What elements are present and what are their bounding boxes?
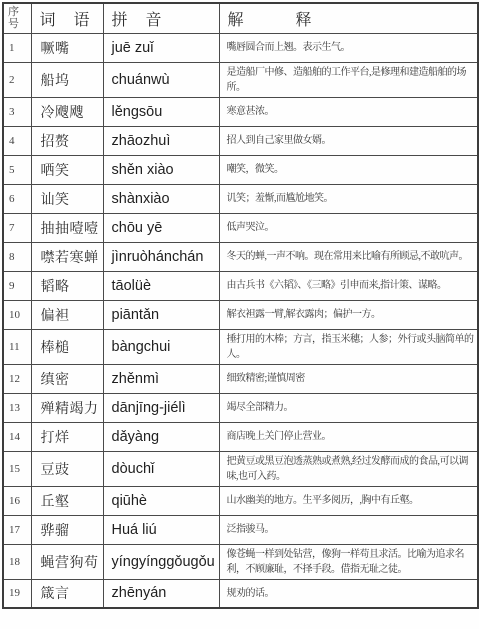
pinyin-cell: shěn xiào (103, 155, 219, 184)
word-cell: 船坞 (31, 62, 103, 97)
row-number-cell: 9 (3, 271, 31, 300)
row-number-cell: 15 (3, 451, 31, 486)
pinyin-cell: tāolüè (103, 271, 219, 300)
word-cell: 缜密 (31, 364, 103, 393)
row-number-cell: 17 (3, 515, 31, 544)
explanation-cell: 讥笑；羞惭,而尴尬地笑。 (219, 184, 478, 213)
pinyin-cell: yíngyínggǒugǒu (103, 544, 219, 579)
table-row: 1 噘嘴 juē zuǐ 嘴唇圆合而上翘。表示生气。 (3, 33, 478, 62)
pinyin-cell: lěngsōu (103, 97, 219, 126)
pinyin-cell: zhěnmì (103, 364, 219, 393)
explanation-cell: 细致精密;谨慎周密 (219, 364, 478, 393)
table-row: 17 骅骝 Huá liú 泛指骏马。 (3, 515, 478, 544)
word-cell: 偏袒 (31, 300, 103, 329)
table-row: 9 韬略 tāolüè 由古兵书《六韬》、《三略》引申而来,指计策、谋略。 (3, 271, 478, 300)
word-cell: 冷飕飕 (31, 97, 103, 126)
explanation-cell: 山水幽美的地方。生平多阅历，,胸中有丘壑。 (219, 486, 478, 515)
explanation-cell: 泛指骏马。 (219, 515, 478, 544)
row-number-cell: 19 (3, 579, 31, 608)
row-number-cell: 7 (3, 213, 31, 242)
table-row: 3 冷飕飕 lěngsōu 寒意甚浓。 (3, 97, 478, 126)
explanation-cell: 寒意甚浓。 (219, 97, 478, 126)
row-number-cell: 5 (3, 155, 31, 184)
table-row: 14 打烊 dǎyàng 商店晚上关门停止营业。 (3, 422, 478, 451)
explanation-cell: 把黄豆或黑豆泡透蒸熟或煮熟,经过发酵而成的食品,可以调味,也可入药。 (219, 451, 478, 486)
row-number-cell: 3 (3, 97, 31, 126)
row-number-cell: 8 (3, 242, 31, 271)
explanation-cell: 竭尽全部精力。 (219, 393, 478, 422)
row-number-cell: 10 (3, 300, 31, 329)
explanation-cell: 嘲笑，微笑。 (219, 155, 478, 184)
row-number-cell: 12 (3, 364, 31, 393)
column-header-word: 词 语 (31, 3, 103, 33)
word-cell: 招赘 (31, 126, 103, 155)
explanation-cell: 捶打用的木棒；方言，指玉米穗；人参；外行或头脑简单的人。 (219, 329, 478, 364)
table-row: 4 招赘 zhāozhuì 招人到自己家里做女婿。 (3, 126, 478, 155)
table-row: 8 噤若寒蝉 jìnruòhánchán 冬天的蝉,一声不响。现在常用来比喻有所… (3, 242, 478, 271)
explanation-cell: 解衣袒露一臂,解衣露肉；偏护一方。 (219, 300, 478, 329)
pinyin-cell: shànxiào (103, 184, 219, 213)
table-row: 16 丘壑 qiūhè 山水幽美的地方。生平多阅历，,胸中有丘壑。 (3, 486, 478, 515)
word-cell: 抽抽噎噎 (31, 213, 103, 242)
table-row: 13 殚精竭力 dānjīng-jiélì 竭尽全部精力。 (3, 393, 478, 422)
row-number-cell: 16 (3, 486, 31, 515)
row-number-cell: 14 (3, 422, 31, 451)
pinyin-cell: juē zuǐ (103, 33, 219, 62)
row-number-cell: 11 (3, 329, 31, 364)
table-row: 15 豆豉 dòuchǐ 把黄豆或黑豆泡透蒸熟或煮熟,经过发酵而成的食品,可以调… (3, 451, 478, 486)
row-number-cell: 6 (3, 184, 31, 213)
table-header-row: 序号 词 语 拼 音 解 释 (3, 3, 478, 33)
row-number-cell: 2 (3, 62, 31, 97)
explanation-cell: 规劝的话。 (219, 579, 478, 608)
word-cell: 丘壑 (31, 486, 103, 515)
word-cell: 豆豉 (31, 451, 103, 486)
word-cell: 箴言 (31, 579, 103, 608)
pinyin-cell: zhāozhuì (103, 126, 219, 155)
explanation-cell: 嘴唇圆合而上翘。表示生气。 (219, 33, 478, 62)
table-row: 18 蝇营狗苟 yíngyínggǒugǒu 像苍蝇一样到处钻营，像狗一样苟且求… (3, 544, 478, 579)
table-body: 1 噘嘴 juē zuǐ 嘴唇圆合而上翘。表示生气。 2 船坞 chuánwù … (3, 33, 478, 608)
explanation-cell: 像苍蝇一样到处钻营，像狗一样苟且求活。比喻为追求名利，不顾廉耻，不择手段。借指无… (219, 544, 478, 579)
pinyin-cell: chuánwù (103, 62, 219, 97)
explanation-cell: 低声哭泣。 (219, 213, 478, 242)
pinyin-cell: bàngchui (103, 329, 219, 364)
table-row: 7 抽抽噎噎 chōu yē 低声哭泣。 (3, 213, 478, 242)
table-row: 11 棒槌 bàngchui 捶打用的木棒；方言，指玉米穗；人参；外行或头脑简单… (3, 329, 478, 364)
explanation-cell: 商店晚上关门停止营业。 (219, 422, 478, 451)
explanation-cell: 冬天的蝉,一声不响。现在常用来比喻有所顾忌,不敢吭声。 (219, 242, 478, 271)
word-cell: 打烊 (31, 422, 103, 451)
word-cell: 韬略 (31, 271, 103, 300)
table-row: 2 船坞 chuánwù 是造船厂中修、造船舶的工作平台,是修理和建造船舶的场所… (3, 62, 478, 97)
table-row: 19 箴言 zhēnyán 规劝的话。 (3, 579, 478, 608)
word-cell: 棒槌 (31, 329, 103, 364)
word-cell: 噘嘴 (31, 33, 103, 62)
word-cell: 骅骝 (31, 515, 103, 544)
pinyin-cell: dānjīng-jiélì (103, 393, 219, 422)
pinyin-cell: zhēnyán (103, 579, 219, 608)
word-cell: 哂笑 (31, 155, 103, 184)
table-row: 10 偏袒 piāntǎn 解衣袒露一臂,解衣露肉；偏护一方。 (3, 300, 478, 329)
row-number-cell: 1 (3, 33, 31, 62)
word-cell: 蝇营狗苟 (31, 544, 103, 579)
table-row: 12 缜密 zhěnmì 细致精密;谨慎周密 (3, 364, 478, 393)
pinyin-cell: Huá liú (103, 515, 219, 544)
vocabulary-table: 序号 词 语 拼 音 解 释 1 噘嘴 juē zuǐ 嘴唇圆合而上翘。表示生气… (2, 2, 479, 609)
document-page: 序号 词 语 拼 音 解 释 1 噘嘴 juē zuǐ 嘴唇圆合而上翘。表示生气… (0, 0, 479, 629)
pinyin-cell: piāntǎn (103, 300, 219, 329)
explanation-cell: 是造船厂中修、造船舶的工作平台,是修理和建造船舶的场所。 (219, 62, 478, 97)
row-number-cell: 18 (3, 544, 31, 579)
table-row: 6 讪笑 shànxiào 讥笑；羞惭,而尴尬地笑。 (3, 184, 478, 213)
pinyin-cell: jìnruòhánchán (103, 242, 219, 271)
explanation-cell: 招人到自己家里做女婿。 (219, 126, 478, 155)
column-header-number: 序号 (3, 3, 31, 33)
pinyin-cell: qiūhè (103, 486, 219, 515)
column-header-pinyin: 拼 音 (103, 3, 219, 33)
table-row: 5 哂笑 shěn xiào 嘲笑，微笑。 (3, 155, 478, 184)
word-cell: 殚精竭力 (31, 393, 103, 422)
pinyin-cell: dòuchǐ (103, 451, 219, 486)
word-cell: 讪笑 (31, 184, 103, 213)
row-number-cell: 4 (3, 126, 31, 155)
column-header-explanation: 解 释 (219, 3, 478, 33)
row-number-cell: 13 (3, 393, 31, 422)
word-cell: 噤若寒蝉 (31, 242, 103, 271)
pinyin-cell: dǎyàng (103, 422, 219, 451)
pinyin-cell: chōu yē (103, 213, 219, 242)
explanation-cell: 由古兵书《六韬》、《三略》引申而来,指计策、谋略。 (219, 271, 478, 300)
